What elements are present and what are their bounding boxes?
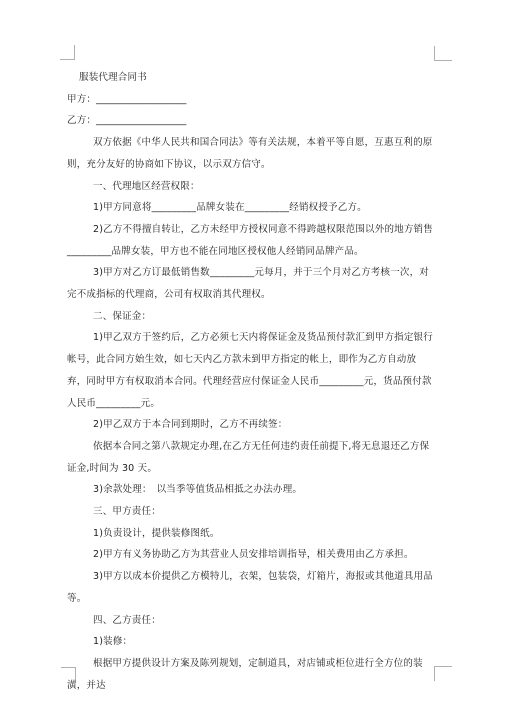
section-1-item-2: 2)乙方不得擅自转让，乙方未经甲方授权同意不得跨越权限范围以外的地方销售____…: [67, 219, 434, 262]
section-1-item-1: 1)甲方同意将_________品牌女装在_________经销权授予乙方。: [67, 197, 434, 219]
crop-mark-top-left: [60, 45, 75, 60]
preamble-paragraph: 双方依据《中华人民共和国合同法》等有关法规，本着平等自愿，互惠互利的原则，充分友…: [67, 132, 434, 175]
section-3-heading: 三、甲方责任：: [67, 501, 434, 523]
section-3-item-1: 1)负责设计，提供装修图纸。: [67, 523, 434, 545]
party-b-blank-line: ___________________: [96, 115, 186, 126]
crop-mark-top-right: [434, 46, 452, 61]
section-2-heading: 二、保证金：: [67, 306, 434, 328]
section-2-item-3: 3)余款处理： 以当季等值货品相抵之办法办理。: [67, 479, 434, 501]
party-a-label: 甲方：: [67, 94, 96, 105]
document-page: 服装代理合同书 甲方：___________________ 乙方：______…: [0, 0, 507, 725]
contract-title: 服装代理合同书: [67, 67, 434, 89]
section-1-item-3: 3)甲方对乙方订最低销售数_________元每月，并于三个月对乙方考核一次，对…: [67, 262, 434, 305]
party-b-line: 乙方：___________________: [67, 110, 434, 132]
section-3-item-3: 3)甲方以成本价提供乙方模特儿，衣架，包装袋，灯箱片，海报或其他道具用品等。: [67, 566, 434, 609]
section-1-heading: 一、代理地区经营权限：: [67, 176, 434, 198]
party-a-blank-line: ___________________: [96, 94, 186, 105]
party-a-line: 甲方：___________________: [67, 89, 434, 111]
section-4-item-1-detail: 根据甲方提供设计方案及陈列规划，定制道具，对店铺或柜位进行全方位的装潢，并达: [67, 653, 434, 696]
section-3-item-2: 2)甲方有义务协助乙方为其营业人员安排培训指导，相关费用由乙方承担。: [67, 544, 434, 566]
crop-mark-bottom-right: [434, 666, 452, 681]
section-2-item-1: 1)甲乙双方于签约后，乙方必须七天内将保证金及货品预付款汇到甲方指定银行帐号，此…: [67, 327, 434, 414]
section-4-item-1: 1)装修：: [67, 631, 434, 653]
section-2-item-2-detail: 依据本合同之第八款规定办理,在乙方无任何违约责任前提下,将无息退还乙方保证金,时…: [67, 436, 434, 479]
section-4-heading: 四、乙方责任：: [67, 610, 434, 632]
section-2-item-2: 2)甲乙双方于本合同到期时，乙方不再续签：: [67, 414, 434, 436]
contract-body: 服装代理合同书 甲方：___________________ 乙方：______…: [67, 67, 434, 696]
party-b-label: 乙方：: [67, 115, 96, 126]
